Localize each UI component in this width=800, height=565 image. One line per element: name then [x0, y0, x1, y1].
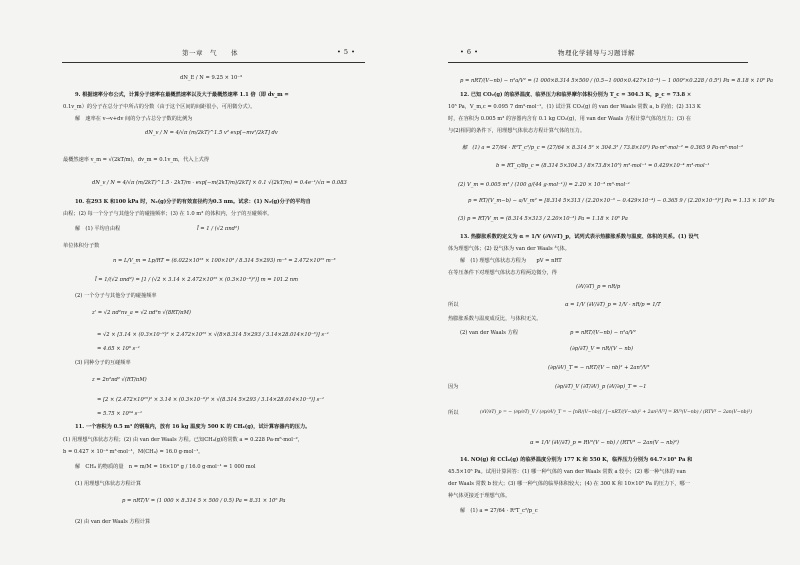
label: (2) van der Waals 方程 [460, 330, 518, 336]
equation: = √2 × [3.14 × (0.3×10⁻⁹)² × 2.472×10²⁵ … [97, 332, 329, 338]
solution-text: 解 CH₄ 的物质的量 n = m/M = 16×10³ g / 16.0 g·… [75, 464, 256, 470]
page-number: • 6 • [460, 48, 478, 56]
equation: α = 1/V (∂V/∂T)_p = 1/V · nR/p = 1/T [565, 302, 661, 308]
equation: p = nRT/(V−nb) − n²a/V² = (1 000×8.314 5… [460, 78, 773, 84]
problem-12-text: 时，在容积为 0.005 m³ 的容器内含有 0.1 kg CO₂(g)，用 v… [448, 116, 691, 122]
solution-text: 单位体积分子数 [63, 243, 99, 249]
equation: p = nRT/V = (1 000 × 8.314 5 × 500 / 0.5… [122, 498, 285, 504]
equation: dN_E / N = 9.25 × 10⁻³ [180, 75, 242, 81]
problem-10-text: 10. 在293 K 和100 kPa 时，N₂(g)分子的有效直径约为0.3 … [75, 199, 311, 205]
solution-text: 最概然速率 v_m = √(2kT/m)，dv_m = 0.1v_m，代入上式得 [63, 157, 209, 163]
equation: dN_v / N = 4/√π (m/2kT)^1.5 v² exp[−mv²/… [145, 130, 278, 136]
solution-text: (1) 用理想气体状态方程计算 [75, 481, 141, 487]
problem-13-text: 13. 热膨胀系数的定义为 α = 1/V (∂V/∂T)_p，试列式表示热膨胀… [460, 234, 699, 240]
solution-text: (2) 一个分子与其他分子的碰撞频率 [75, 293, 157, 299]
equation: α = 1/V (∂V/∂T)_p = RV²(V − nb) / (RTV³ … [530, 440, 679, 446]
equation: = [2 × (2.472×10²⁵)² × 3.14 × (0.3×10⁻⁹)… [97, 397, 324, 403]
problem-11-text: 11. 一个容积为 0.5 m³ 的钢瓶内，放有 16 kg 温度为 500 K… [75, 424, 310, 430]
equation: b = RT_c/8p_c = (8.314 5×304.3 / 8×73.8×… [496, 163, 709, 169]
equation: l̄ = 1/(√2 πnd²) = [1 / (√2 × 3.14 × 2.4… [95, 277, 298, 283]
equation: (∂p/∂T)_V (∂T/∂V)_p (∂V/∂p)_T = −1 [555, 384, 646, 390]
solution-text: 热膨胀系数与温度成反比，与体积无关。 [448, 316, 541, 322]
solution-text: 在等压条件下对理想气体状态方程两边微分，得 [448, 270, 557, 276]
equation: 解 (1) a = 27/64 · R²T_c²/p_c = (27/64 × … [462, 145, 743, 151]
equation: p = nRT/(V−nb) − n²a/V² [570, 330, 636, 336]
equation: l̄ = 1 / (√2 πnd²) [197, 226, 239, 232]
problem-10-text: 由程；(2) 每一个分子与其他分子的碰撞频率；(3) 在 1.0 m³ 的体积内… [63, 211, 272, 217]
equation: p = RT/(V_m−b) − a/V_m² = [8.314 5×313 /… [468, 198, 775, 204]
problem-14-text: 种气体更接近于理想气体。 [448, 493, 510, 499]
equation: (∂p/∂V)_T = − nRT/(V − nb)² + 2an²/V³ [548, 365, 650, 371]
solution-text: 解 (1) 理想气体状态方程为 pV = nRT [460, 258, 562, 264]
equation: z = 2n²πd² √(RT/πM) [92, 377, 147, 383]
solution-text: 解 (1) 平均自由程 [75, 226, 120, 232]
solution-text: 解 速率在 v→v+dv 间的分子占总分子数的比例为 [75, 116, 192, 122]
solution-text: (2) 由 van der Waals 方程计算 [75, 519, 150, 525]
equation: (3) p = RT/V_m = (8.314 5×313 / 2.20×10⁻… [458, 216, 628, 222]
problem-9-text: 9. 根据速率分布公式，计算分子速率在最概然速率以及大于最概然速率 1.1 倍（… [75, 92, 289, 98]
label: 所以 [448, 410, 458, 416]
equation: n = L/V_m = Lp/RT = (6.022×10²³ × 100×10… [113, 258, 336, 264]
problem-12-text: 与(2)相同的条件下，用理想气体状态方程计算气体的压力。 [448, 128, 585, 134]
problem-9-text: 0.1v_m）的分子在总分子中所占的分数（由于这个区间的间距很小，可用微分式）。 [63, 104, 255, 110]
chapter-header: 第一章 气 体 [182, 48, 238, 57]
equation: (2) V_m = 0.005 m³ / (100 g/(44 g·mol⁻¹)… [458, 182, 630, 188]
solution-text: (3) 同种分子的互碰频率 [75, 360, 131, 366]
equation: = 4.65 × 10⁹ s⁻¹ [97, 346, 140, 352]
book-title-header: 物理化学辅导与习题详解 [558, 48, 635, 57]
equation: z' = √2 πd²nv_a = √2 πd²n √(8RT/πM) [92, 310, 191, 316]
label: 因为 [448, 384, 458, 390]
equation: (∂p/∂T)_V = nR/(V − nb) [570, 346, 633, 352]
problem-14-text: 14. NO(g) 和 CCl₄(g) 的临界温度分别为 177 K 和 550… [460, 457, 692, 463]
problem-12-text: 12. 已知 CO₂(g) 的临界温度、临界压力和临界摩尔体积分别为 T_c =… [460, 92, 691, 98]
problem-14-text: der Waals 常数 b 较大；(3) 哪一种气体的临界体积较大；(4) 在… [448, 481, 690, 487]
equation: (∂V/∂T)_p = − (∂p/∂T)_V / (∂p/∂V)_T = − … [480, 410, 752, 416]
equation: (∂V/∂T)_p = nR/p [576, 284, 620, 290]
right-page: • 6 • 物理化学辅导与习题详解 p = nRT/(V−nb) − n²a/V… [400, 0, 800, 565]
left-page: 第一章 气 体 • 5 • dN_E / N = 9.25 × 10⁻³ 9. … [0, 0, 400, 565]
problem-11-text: (1) 用理想气体状态方程；(2) 由 van der Waals 方程。已知C… [63, 437, 303, 443]
equation: = 5.75 × 10³⁴ s⁻¹ [97, 411, 142, 417]
label: 所以 [448, 302, 458, 308]
equation: dN_v / N = 4/√π (m/2kT)^1.5 · 2kT/m · ex… [92, 180, 347, 186]
problem-13-text: 体为理想气体；(2) 设气体为 van der Waals 气体。 [448, 246, 570, 252]
header-rule [62, 62, 365, 63]
solution-text: 解 (1) a = 27/64 · R²T_c²/p_c [460, 508, 538, 514]
problem-14-text: 45.5×10⁵ Pa。试用计算回答：(1) 哪一种气体的 van der Wa… [448, 469, 686, 475]
problem-11-text: b = 0.427 × 10⁻⁴ m³·mol⁻¹，M(CH₄) = 16.0 … [63, 449, 203, 455]
header-rule [448, 62, 748, 63]
page-number: • 5 • [337, 48, 355, 56]
problem-12-text: 10⁵ Pa，V_m,c = 0.095 7 dm³·mol⁻¹。(1) 试计算… [448, 104, 701, 110]
